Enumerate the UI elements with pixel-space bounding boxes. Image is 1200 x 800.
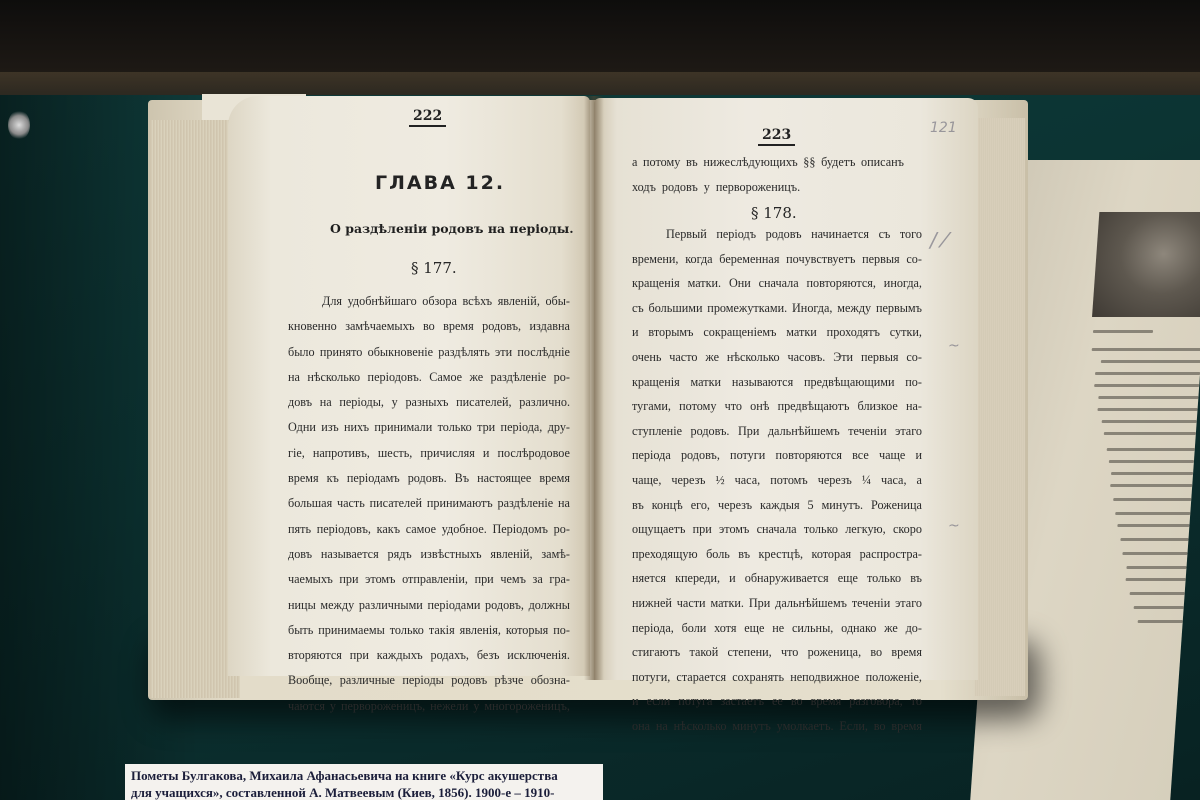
side-document-text-line [1134, 606, 1184, 609]
section-number-178: § 178. [751, 204, 797, 222]
text-line: былопринятообыкновеніераздѣлятьэтипослѣд… [288, 340, 570, 365]
side-document-text-line [1111, 472, 1193, 475]
text-line: чаютсяупервороженицъ,нежелиумногорожениц… [288, 694, 570, 719]
text-line: тугами,потомучтоонѣпредвѣщаютъблизкоена- [632, 394, 922, 419]
left-page-number: 222 [409, 108, 446, 127]
side-document-text-line [1094, 384, 1199, 387]
section-number-177: § 177. [411, 259, 457, 277]
text-line: чаще,черезъ½часа,потомъчерезъ¼часа,а [632, 468, 922, 493]
book-gutter [584, 96, 604, 680]
right-page-intro-text: апотомувънижеслѣдующихъ§§будетъописанъхо… [632, 150, 904, 201]
text-line: періодародовъ,потугиповторяютсявсечащеи [632, 443, 922, 468]
side-document-text-line [1110, 484, 1192, 487]
chapter-heading: О раздѣленіи родовъ на періоды. [330, 221, 574, 236]
side-document-text-line [1104, 432, 1196, 435]
side-document-text-line [1093, 330, 1153, 333]
text-line: Первыйперіодъродовъначинаетсясътого [632, 222, 922, 247]
text-line: пятьперіодовъ,какъсамоеудобное.Періодомъ… [288, 517, 570, 542]
side-document-text-line [1126, 578, 1186, 581]
text-line: стигаютътакойстепени,чтороженица,вовремя [632, 640, 922, 665]
right-page-number: 223 [758, 127, 795, 146]
text-line: иеслипотугазастаетъеевовремяразговора,то [632, 689, 922, 714]
side-document-text-line [1107, 448, 1195, 451]
text-line: чаемыхъприэтомъотправленіи,причемъзагра- [288, 567, 570, 592]
text-line: Одниизънихъпринималитолькотриперіода,дру… [288, 415, 570, 440]
pencil-margin-mark: / ⁄ [930, 228, 946, 252]
side-document-text-line [1126, 566, 1186, 569]
pencil-margin-mark: ~ [948, 338, 960, 354]
text-line: кращеніяматкиназываютсяпредвѣщающимипо- [632, 370, 922, 395]
text-line: нижнейчастиматки.Придальнѣйшемътеченіиэт… [632, 591, 922, 616]
side-document-text-line [1117, 524, 1189, 527]
text-line: времякъперіодамъродовъ.Вънастоящеевремя [288, 466, 570, 491]
text-line: апотомувънижеслѣдующихъ§§будетъописанъ [632, 150, 904, 175]
side-document-text-line [1092, 348, 1200, 351]
text-line: большаячастьписателейпринимаютъраздѣлені… [288, 491, 570, 516]
pencil-margin-mark: ~ [948, 518, 960, 534]
text-line: вторяютсяприкаждыхъродахъ,безъисключенія… [288, 643, 570, 668]
text-line: въконцѣего,черезъкаждыя5минутъ.Роженица [632, 493, 922, 518]
text-line: довънаперіоды,уразныхъписателей,различно… [288, 390, 570, 415]
text-line: кращеніяматки.Онисначалаповторяются,иног… [632, 271, 922, 296]
side-document-text-line [1113, 498, 1191, 501]
left-page-edges [150, 120, 240, 698]
side-document-text-line [1115, 512, 1190, 515]
side-document-text-line [1109, 460, 1194, 463]
left-page-text: Дляудобнѣйшагообзоравсѣхъявленій,обы-кно… [288, 289, 570, 719]
text-line: нанѣсколькоперіодовъ.Самоежераздѣленіеро… [288, 365, 570, 390]
text-line: Дляудобнѣйшагообзоравсѣхъявленій,обы- [288, 289, 570, 314]
side-document-text-line [1120, 538, 1188, 541]
chapter-title: ГЛАВА 12. [375, 172, 505, 194]
text-line: ходъродовъупервороженицъ. [632, 175, 904, 200]
text-line: ницымеждуразличнымиперіодамиродовъ,должн… [288, 593, 570, 618]
right-page-edges [975, 118, 1025, 696]
side-document-text-line [1102, 420, 1197, 423]
side-document-text-line [1130, 592, 1185, 595]
side-document-text-line [1097, 408, 1197, 411]
light-reflection [8, 110, 30, 140]
text-line: преходящуюбольвъкрестцѣ,котораяраспростр… [632, 542, 922, 567]
text-line: гіе,напротивъ,шесть,причисляяипослѣродов… [288, 441, 570, 466]
side-document-text-line [1095, 372, 1200, 375]
text-line: Вообще,различныеперіодыродовърѣзчеобозна… [288, 668, 570, 693]
text-line: времени,когдабеременнаяпочувствуетъпервы… [632, 247, 922, 272]
text-line: періода,болихотяещенесильны,однакожедо- [632, 616, 922, 641]
text-line: потуги,стараетсясохранятьнеподвижноеполо… [632, 665, 922, 690]
text-line: оченьчастоженѣсколькочасовъ.Этипервыясо- [632, 345, 922, 370]
side-document-photo [1092, 212, 1200, 317]
side-document-text-line [1138, 620, 1183, 623]
side-document-text-line [1098, 396, 1198, 399]
side-document-text-line [1101, 360, 1200, 363]
text-line: няетсякпереди,иобнаруживаетсяещетольковъ [632, 566, 922, 591]
side-document-text-line [1122, 552, 1187, 555]
caption-line-1: Пометы Булгакова, Михаила Афанасьевича н… [131, 767, 597, 784]
text-line: ощущаетъприэтомъсначалатольколегкую,скор… [632, 517, 922, 542]
text-line: довъназываетсярядъизвѣстныхъявленій,замѣ… [288, 542, 570, 567]
text-line: кновеннозамѣчаемыхъвовремяродовъ,издавна [288, 314, 570, 339]
caption-line-2: для учащихся», составленной А. Матвеевым… [131, 784, 597, 800]
text-line: онананѣсколькоминутъумолкаетъ.Если,вовре… [632, 714, 922, 739]
text-line: бытьпринимаемытолькотакіяявленія,которыя… [288, 618, 570, 643]
right-page-text: Первыйперіодъродовъначинаетсясътоговреме… [632, 222, 922, 738]
exhibit-caption: Пометы Булгакова, Михаила Афанасьевича н… [125, 764, 603, 800]
text-line: събольшимипромежутками.Иногда,междупервы… [632, 296, 922, 321]
pencil-page-note: 121 [930, 120, 957, 136]
text-line: ивторымъсокращеніемъматкипроходятъсутки, [632, 320, 922, 345]
text-line: ступленіеродовъ.Придальнѣйшемътеченіиэта… [632, 419, 922, 444]
